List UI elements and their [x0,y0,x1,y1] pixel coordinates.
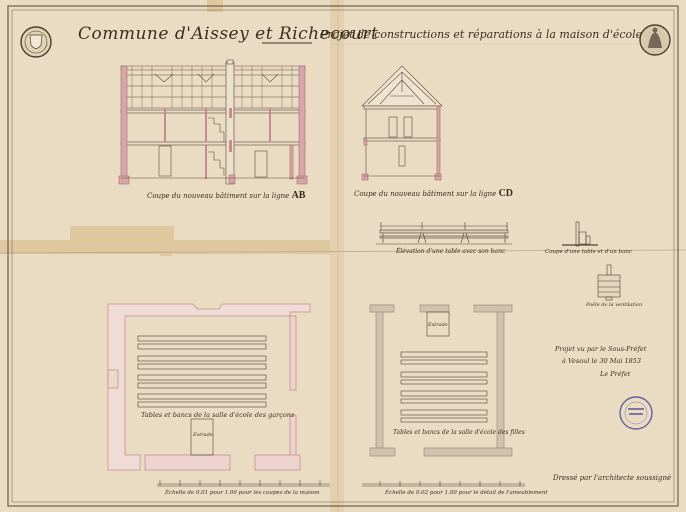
table-section-caption: Coupe d'une table et d'un banc [545,249,632,255]
section-ab-caption: Coupe du nouveau bâtiment sur la ligne A… [147,190,305,201]
stove-caption: Poêle de la ventilation [586,302,642,308]
plan-girls-desk-label: Estrade [428,322,448,328]
left-seal-icon [21,27,51,57]
archive-stamp-icon [620,397,652,429]
scale-left-label: Échelle de 0.01 pour 1.00 pour les coupe… [165,490,320,496]
table-elevation-caption: Élévation d'une table avec son banc [396,248,505,255]
approval-signature: Le Préfet [600,370,630,378]
project-title: Projet de constructions et réparations à… [320,28,642,41]
section-cd-caption: Coupe du nouveau bâtiment sur la ligne C… [354,188,513,199]
plan-girls-caption: Tables et bancs de la salle d'école des … [393,429,525,436]
scale-right-label: Échelle de 0.02 pour 1.00 pour le détail… [385,490,548,496]
architectural-drawing-sheet: Commune d'Aissey et Richecourt Projet de… [0,0,686,512]
approval-line-2: à Vesoul le 30 Mai 1853 [562,357,641,365]
plan-boys-desk-label: Estrade [193,432,213,438]
plan-boys-caption: Tables et bancs de la salle d'école des … [141,411,294,419]
right-seal-icon [640,25,670,55]
drawing-canvas [0,0,686,512]
approval-line-1: Projet vu par le Sous-Préfet [555,345,646,353]
author-note: Dressé par l'architecte soussigné [553,474,671,482]
